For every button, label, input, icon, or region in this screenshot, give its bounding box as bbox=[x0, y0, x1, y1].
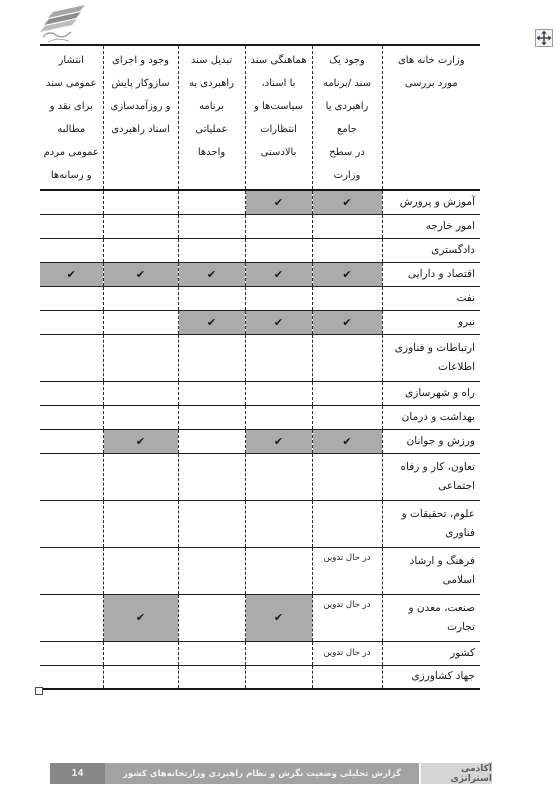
table-row: کشوردر حال تدوین bbox=[40, 641, 480, 665]
checked-cell: ✔ bbox=[245, 190, 312, 214]
table-row: راه و شهرسازی bbox=[40, 381, 480, 405]
empty-cell bbox=[103, 310, 178, 334]
table-row: آموزش و پرورش✔✔ bbox=[40, 190, 480, 214]
table-resize-handle[interactable] bbox=[35, 687, 43, 695]
table-row: جهاد کشاورزی bbox=[40, 665, 480, 689]
empty-cell bbox=[312, 453, 382, 500]
checked-cell: ✔ bbox=[103, 262, 178, 286]
empty-cell bbox=[40, 334, 103, 381]
table-row: ارتباطات و فناوری اطلاعات bbox=[40, 334, 480, 381]
empty-cell bbox=[178, 665, 245, 689]
empty-cell bbox=[40, 665, 103, 689]
empty-cell bbox=[312, 381, 382, 405]
in-progress-cell: در حال تدوین bbox=[312, 547, 382, 594]
empty-cell bbox=[103, 190, 178, 214]
empty-cell bbox=[245, 381, 312, 405]
empty-cell bbox=[103, 665, 178, 689]
empty-cell bbox=[245, 641, 312, 665]
empty-cell bbox=[245, 286, 312, 310]
empty-cell bbox=[245, 238, 312, 262]
ministries-review-table: وزارت خانه های مورد بررسیوجود یک سند /بر… bbox=[40, 44, 480, 690]
checked-cell: ✔ bbox=[245, 262, 312, 286]
table-move-handle-icon[interactable] bbox=[535, 29, 553, 47]
empty-cell bbox=[40, 453, 103, 500]
column-header-c3: تبدیل سند راهبردی به برنامه عملیاتی واحد… bbox=[178, 45, 245, 190]
table-row: اقتصاد و دارایی✔✔✔✔✔ bbox=[40, 262, 480, 286]
empty-cell bbox=[178, 429, 245, 453]
checked-cell: ✔ bbox=[312, 190, 382, 214]
ministry-name-cell: دادگستری bbox=[382, 238, 480, 262]
empty-cell bbox=[178, 334, 245, 381]
empty-cell bbox=[178, 594, 245, 641]
empty-cell bbox=[178, 286, 245, 310]
checked-cell: ✔ bbox=[312, 429, 382, 453]
empty-cell bbox=[103, 641, 178, 665]
document-page: وزارت خانه های مورد بررسیوجود یک سند /بر… bbox=[0, 0, 557, 800]
ministry-name-cell: ورزش و جوانان bbox=[382, 429, 480, 453]
checked-cell: ✔ bbox=[312, 262, 382, 286]
empty-cell bbox=[178, 214, 245, 238]
column-header-ministries: وزارت خانه های مورد بررسی bbox=[382, 45, 480, 190]
empty-cell bbox=[103, 286, 178, 310]
empty-cell bbox=[178, 405, 245, 429]
empty-cell bbox=[245, 405, 312, 429]
column-header-c5: انتشار عمومی سند برای نقد و مطالبه عمومی… bbox=[40, 45, 103, 190]
in-progress-cell: در حال تدوین bbox=[312, 594, 382, 641]
ministry-name-cell: راه و شهرسازی bbox=[382, 381, 480, 405]
empty-cell bbox=[40, 286, 103, 310]
empty-cell bbox=[40, 429, 103, 453]
empty-cell bbox=[103, 381, 178, 405]
empty-cell bbox=[103, 547, 178, 594]
empty-cell bbox=[178, 453, 245, 500]
empty-cell bbox=[40, 310, 103, 334]
empty-cell bbox=[312, 238, 382, 262]
table-row: تعاون، کار و رفاه اجتماعی bbox=[40, 453, 480, 500]
empty-cell bbox=[312, 665, 382, 689]
empty-cell bbox=[40, 547, 103, 594]
empty-cell bbox=[178, 190, 245, 214]
empty-cell bbox=[312, 286, 382, 310]
checked-cell: ✔ bbox=[103, 429, 178, 453]
ministry-name-cell: آموزش و پرورش bbox=[382, 190, 480, 214]
empty-cell bbox=[178, 238, 245, 262]
empty-cell bbox=[40, 641, 103, 665]
table-row: بهداشت و درمان bbox=[40, 405, 480, 429]
empty-cell bbox=[40, 500, 103, 547]
empty-cell bbox=[312, 214, 382, 238]
column-header-c2: هماهنگی سند با اسناد، سیاست‌ها و انتظارا… bbox=[245, 45, 312, 190]
table-row: امور خارجه bbox=[40, 214, 480, 238]
ministry-name-cell: نفت bbox=[382, 286, 480, 310]
empty-cell bbox=[178, 500, 245, 547]
empty-cell bbox=[312, 500, 382, 547]
table-row: نفت bbox=[40, 286, 480, 310]
checked-cell: ✔ bbox=[103, 594, 178, 641]
empty-cell bbox=[245, 665, 312, 689]
footer-page-number: 14 bbox=[50, 763, 105, 784]
empty-cell bbox=[245, 453, 312, 500]
checked-cell: ✔ bbox=[245, 310, 312, 334]
empty-cell bbox=[245, 214, 312, 238]
empty-cell bbox=[178, 547, 245, 594]
empty-cell bbox=[40, 190, 103, 214]
column-header-c4: وجود و اجرای سازوکار پایش و روزآمدسازی ا… bbox=[103, 45, 178, 190]
ministry-name-cell: اقتصاد و دارایی bbox=[382, 262, 480, 286]
empty-cell bbox=[178, 381, 245, 405]
checked-cell: ✔ bbox=[178, 310, 245, 334]
empty-cell bbox=[312, 405, 382, 429]
ministry-name-cell: کشور bbox=[382, 641, 480, 665]
table-row: صنعت، معدن و تجارتدر حال تدوین✔✔ bbox=[40, 594, 480, 641]
ministry-name-cell: تعاون، کار و رفاه اجتماعی bbox=[382, 453, 480, 500]
column-header-c1: وجود یک سند /برنامه راهبردی یا جامع در س… bbox=[312, 45, 382, 190]
checked-cell: ✔ bbox=[245, 594, 312, 641]
academy-logo-icon bbox=[33, 2, 97, 48]
page-footer: آکادمی استراتژی گزارش تحلیلی وضعیت نگرش … bbox=[50, 763, 492, 784]
table-row: نیرو✔✔✔ bbox=[40, 310, 480, 334]
footer-brand-label: آکادمی استراتژی bbox=[421, 763, 492, 784]
ministry-name-cell: فرهنگ و ارشاد اسلامی bbox=[382, 547, 480, 594]
empty-cell bbox=[40, 381, 103, 405]
checked-cell: ✔ bbox=[178, 262, 245, 286]
empty-cell bbox=[40, 594, 103, 641]
checked-cell: ✔ bbox=[245, 429, 312, 453]
ministry-name-cell: امور خارجه bbox=[382, 214, 480, 238]
empty-cell bbox=[40, 214, 103, 238]
ministry-name-cell: صنعت، معدن و تجارت bbox=[382, 594, 480, 641]
empty-cell bbox=[40, 405, 103, 429]
empty-cell bbox=[245, 334, 312, 381]
empty-cell bbox=[103, 238, 178, 262]
table-row: فرهنگ و ارشاد اسلامیدر حال تدوین bbox=[40, 547, 480, 594]
footer-divider bbox=[419, 763, 421, 784]
empty-cell bbox=[40, 238, 103, 262]
empty-cell bbox=[178, 641, 245, 665]
ministry-name-cell: نیرو bbox=[382, 310, 480, 334]
ministry-name-cell: ارتباطات و فناوری اطلاعات bbox=[382, 334, 480, 381]
checked-cell: ✔ bbox=[40, 262, 103, 286]
empty-cell bbox=[103, 214, 178, 238]
checked-cell: ✔ bbox=[312, 310, 382, 334]
empty-cell bbox=[245, 500, 312, 547]
table-row: علوم، تحقیقات و فناوری bbox=[40, 500, 480, 547]
ministry-name-cell: جهاد کشاورزی bbox=[382, 665, 480, 689]
empty-cell bbox=[103, 334, 178, 381]
table-row: دادگستری bbox=[40, 238, 480, 262]
empty-cell bbox=[312, 334, 382, 381]
empty-cell bbox=[245, 547, 312, 594]
table-row: ورزش و جوانان✔✔✔ bbox=[40, 429, 480, 453]
empty-cell bbox=[103, 500, 178, 547]
ministry-name-cell: علوم، تحقیقات و فناوری bbox=[382, 500, 480, 547]
footer-document-title: گزارش تحلیلی وضعیت نگرش و نظام راهبردی و… bbox=[105, 763, 419, 784]
empty-cell bbox=[103, 453, 178, 500]
empty-cell bbox=[103, 405, 178, 429]
in-progress-cell: در حال تدوین bbox=[312, 641, 382, 665]
ministry-name-cell: بهداشت و درمان bbox=[382, 405, 480, 429]
